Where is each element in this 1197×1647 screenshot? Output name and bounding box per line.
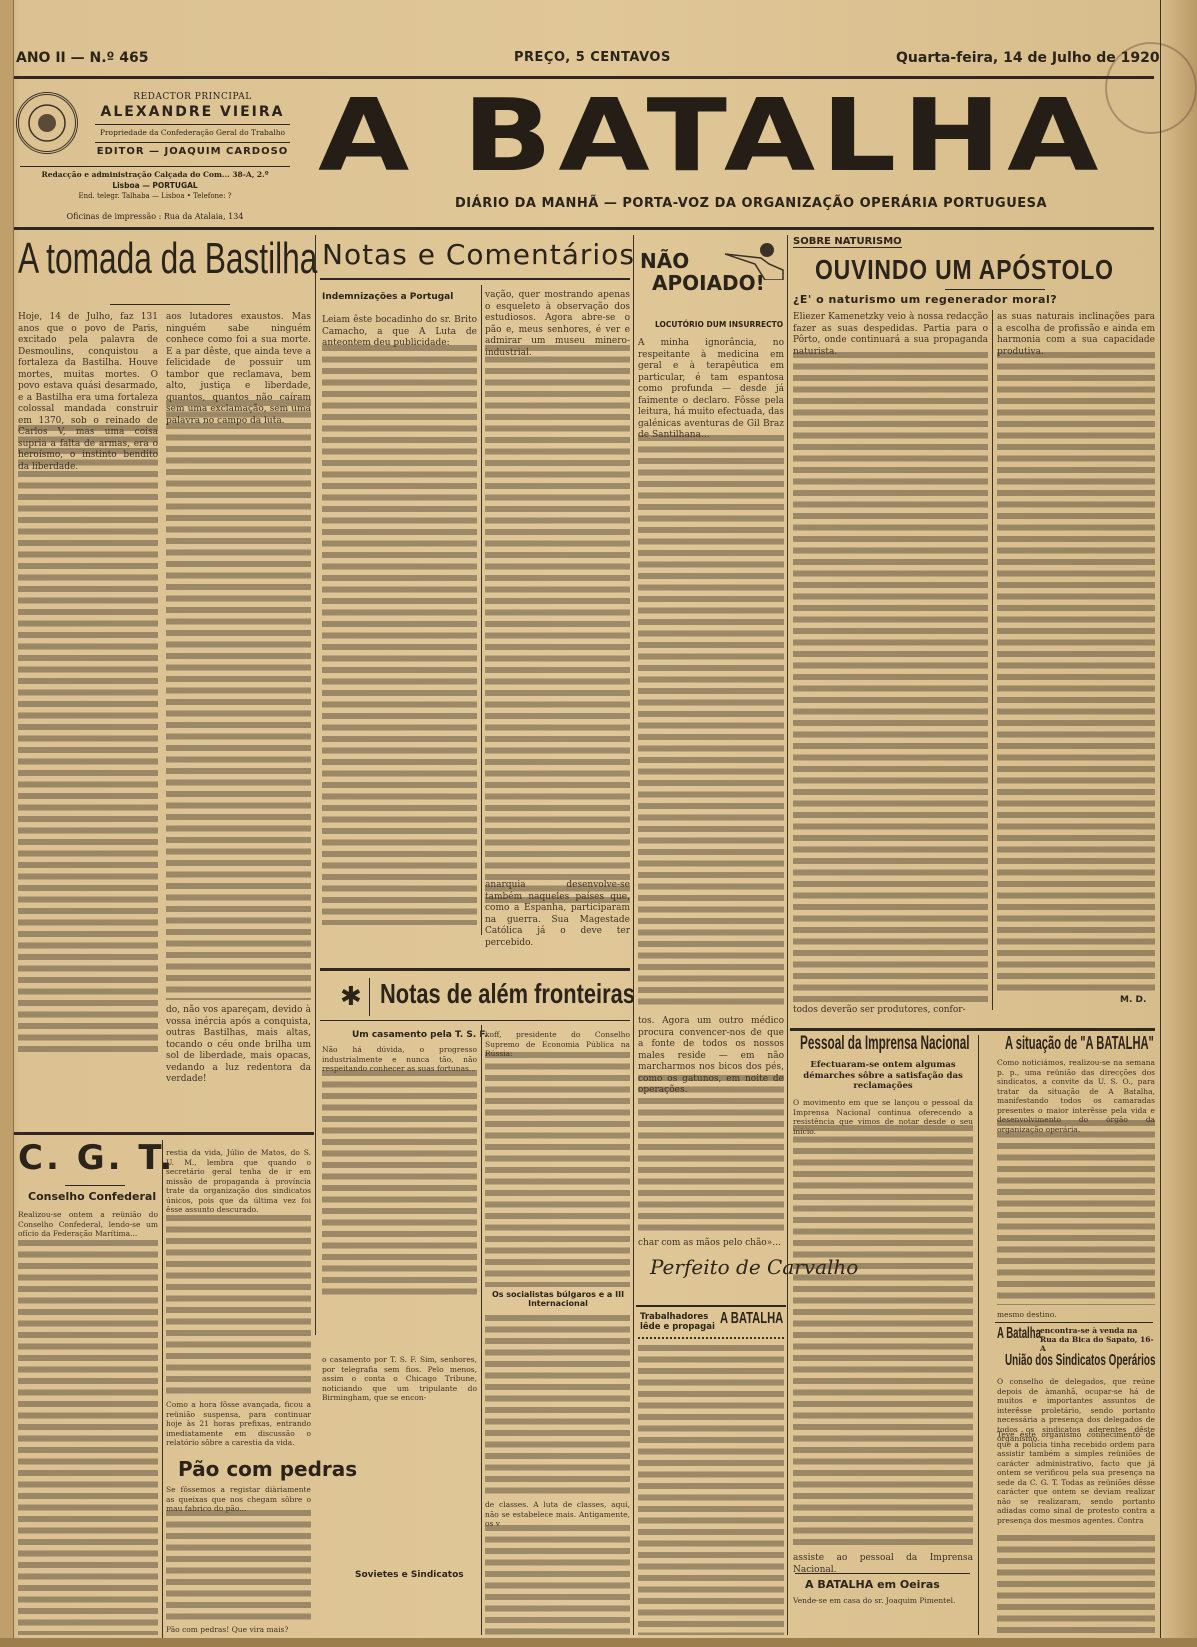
- issue-date: Quarta-feira, 14 de Julho de 1920: [896, 50, 1160, 66]
- alem-col2-sub: Os socialistas búlgaros e a III Internac…: [488, 1290, 628, 1308]
- nao-apoiado-closing: char com as mãos pelo chão»...: [638, 1238, 784, 1250]
- newspaper-subtitle: DIÁRIO DA MANHÃ — PORTA-VOZ DA ORGANIZAÇ…: [455, 196, 1047, 211]
- trabalhadores-title: Trabalhadores lêde e propagai: [640, 1312, 715, 1332]
- uniao-headline: União dos Sindicatos Operários: [1005, 1352, 1155, 1370]
- notas-section1-title: Indemnizações a Portugal: [322, 292, 453, 302]
- masthead-bottom-rule: [14, 227, 1154, 230]
- issue-number: ANO II — N.º 465: [16, 50, 149, 66]
- trabalhadores-brand: A BATALHA: [720, 1310, 783, 1328]
- telegraph-line: End. telegr. Talhaba — Lisboa • Telefone…: [20, 192, 290, 200]
- pao-pedras-ending: Pão com pedras! Que vira mais?: [166, 1625, 311, 1635]
- pointing-figure-icon: [725, 240, 785, 280]
- naturismo-kicker: SOBRE NATURISMO: [793, 236, 902, 248]
- redactor-name: ALEXANDRE VIEIRA: [95, 104, 290, 120]
- alem-sub1-title: Um casamento pela T. S. F.: [352, 1030, 488, 1040]
- naturismo-subtitle: ¿E' o naturismo um regenerador moral?: [793, 293, 1057, 306]
- cgt-headline: C. G. T.: [18, 1138, 175, 1178]
- city-line: Lisboa — PORTUGAL: [20, 181, 290, 190]
- situacao-headline: A situação de "A BATALHA": [1005, 1033, 1154, 1054]
- binding-margin: [0, 0, 14, 1647]
- naturismo-signature: M. D.: [1120, 995, 1146, 1005]
- naturismo-ending: todos deverão ser produtores, confor-: [793, 1005, 988, 1017]
- editor-line: EDITOR — JOAQUIM CARDOSO: [95, 146, 290, 157]
- cgt-col2-lead: restia da vida, Júlio de Matos, do S. U.…: [166, 1148, 311, 1215]
- alem-fronteiras-headline: Notas de além fronteiras: [380, 978, 635, 1010]
- asterisk-icon: ✱: [340, 978, 370, 1016]
- redactor-label: REDACTOR PRINCIPAL: [95, 92, 290, 102]
- bica-brand: A Batalha: [997, 1325, 1041, 1343]
- naturismo-headline: OUVINDO UM APÓSTOLO: [815, 254, 1114, 286]
- newspaper-title: A BATALHA: [318, 84, 1104, 186]
- bastilha-headline: A tomada da Bastilha: [18, 234, 317, 284]
- pao-pedras-headline: Pão com pedras: [178, 1457, 357, 1481]
- nao-apoiado-text: A minha ignorância, no respeitante à med…: [638, 338, 784, 442]
- nao-apoiado-subtitle: LOCUTÓRIO DUM INSURRECTO: [655, 320, 783, 329]
- cgt-subtitle: Conselho Confederal: [28, 1190, 156, 1203]
- newspaper-page: ANO II — N.º 465 PREÇO, 5 CENTAVOS Quart…: [0, 0, 1197, 1647]
- cgt-col2-end: Como a hora fôsse avançada, ficou a reün…: [166, 1400, 311, 1448]
- notas-col2-end: anarquia desenvolve-se também naqueles p…: [485, 880, 630, 949]
- property-line: Propriedade da Confederação Geral do Tra…: [95, 128, 290, 137]
- imprensa-subtitle: Efectuaram-se ontem algumas démarches sô…: [793, 1060, 973, 1092]
- printing-line: Oficinas de impressão : Rua da Atalaia, …: [20, 212, 290, 221]
- cgt-seal: [16, 92, 78, 154]
- oeiras-headline: A BATALHA em Oeiras: [805, 1578, 940, 1591]
- seal-emblem-icon: [19, 95, 75, 151]
- uniao-text2: Teve êste organismo conhecimento de que …: [997, 1430, 1155, 1525]
- bastilha-ending: do, não vos apareçam, devido à vossa iné…: [166, 1005, 311, 1086]
- cgt-text: Realizou-se ontem a reünião do Conselho …: [18, 1210, 158, 1239]
- alem-sub1-end: o casamento por T. S. F. Sim, senhores, …: [322, 1355, 477, 1403]
- imprensa-headline: Pessoal da Imprensa Nacional: [800, 1033, 970, 1055]
- situacao-ending: mesmo destino.: [997, 1310, 1155, 1320]
- alem-sub2-title: Sovietes e Sindicatos: [355, 1570, 464, 1580]
- price: PREÇO, 5 CENTAVOS: [514, 50, 671, 65]
- bica-text: encontra-se à venda na Rua da Bica do Sa…: [1040, 1326, 1155, 1353]
- oeiras-text: Vende-se em casa do sr. Joaquim Pimentel…: [793, 1596, 973, 1606]
- notas-headline: Notas e Comentários: [322, 238, 635, 271]
- address-line: Redacção e administração Calçada do Com.…: [20, 170, 290, 179]
- nao-apoiado-line1: NÃO: [640, 250, 689, 272]
